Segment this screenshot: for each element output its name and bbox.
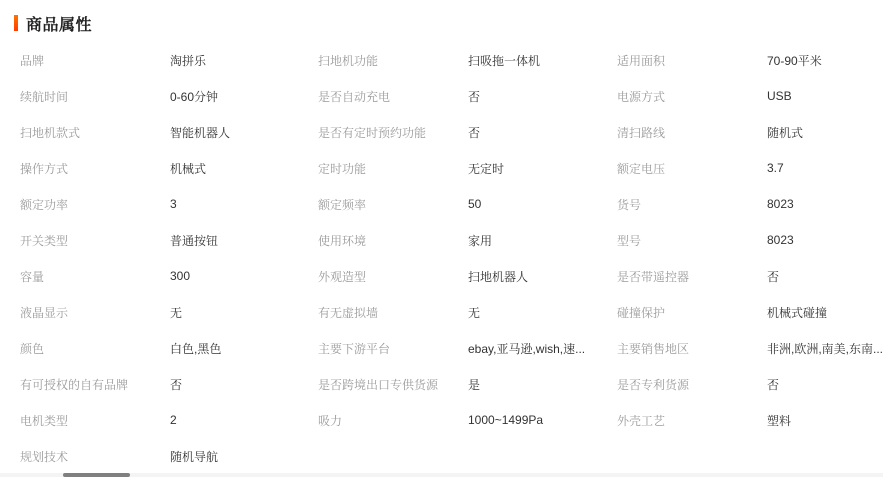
attribute-row: 有无虚拟墙无 [318,294,617,330]
attribute-value: 否 [468,88,486,105]
attribute-label: 主要销售地区 [617,340,767,357]
attribute-row: 是否自动充电否 [318,78,617,114]
attribute-label: 是否专利货源 [617,376,767,393]
attribute-row: 规划技术随机导航 [20,438,318,474]
attribute-value: 扫地机器人 [468,268,534,285]
attribute-label: 电源方式 [617,88,767,105]
attributes-column: 扫地机功能扫吸拖一体机是否自动充电否是否有定时预约功能否定时功能无定时额定频率5… [318,42,617,474]
attribute-row: 碰撞保护机械式碰撞 [617,294,883,330]
attribute-row: 货号8023 [617,186,883,222]
attribute-label: 适用面积 [617,52,767,69]
attribute-value: 300 [170,269,196,283]
attribute-value: 否 [767,268,785,285]
attribute-label: 扫地机功能 [318,52,468,69]
attribute-row: 额定功率3 [20,186,318,222]
attribute-label: 是否自动充电 [318,88,468,105]
attribute-label: 开关类型 [20,232,170,249]
attribute-row: 开关类型普通按钮 [20,222,318,258]
attribute-row: 电机类型2 [20,402,318,438]
attribute-label: 货号 [617,196,767,213]
attribute-value: 2 [170,413,183,427]
attribute-label: 有可授权的自有品牌 [20,376,170,393]
attribute-row: 扫地机功能扫吸拖一体机 [318,42,617,78]
attribute-value: 70-90平米 [767,52,828,69]
attribute-label: 额定电压 [617,160,767,177]
attribute-value: 1000~1499Pa [468,413,549,427]
attribute-row: 续航时间0-60分钟 [20,78,318,114]
attribute-value: 否 [767,376,785,393]
page-title: 商品属性 [26,12,92,35]
attribute-label: 规划技术 [20,448,170,465]
attribute-label: 容量 [20,268,170,285]
attribute-row: 清扫路线随机式 [617,114,883,150]
attributes-table: 品牌淘拼乐续航时间0-60分钟扫地机款式智能机器人操作方式机械式额定功率3开关类… [0,34,883,474]
attribute-label: 外壳工艺 [617,412,767,429]
attribute-label: 型号 [617,232,767,249]
attribute-label: 是否跨境出口专供货源 [318,376,468,393]
attribute-row: 是否有定时预约功能否 [318,114,617,150]
attribute-value: 是 [468,376,486,393]
horizontal-scrollbar-thumb[interactable] [63,473,130,477]
attribute-value: 8023 [767,197,800,211]
attribute-label: 定时功能 [318,160,468,177]
attribute-value: 非洲,欧洲,南美,东南... [767,340,883,357]
attribute-value: 8023 [767,233,800,247]
attribute-row: 电源方式USB [617,78,883,114]
attribute-row: 型号8023 [617,222,883,258]
attribute-label: 电机类型 [20,412,170,429]
attribute-row: 吸力1000~1499Pa [318,402,617,438]
attributes-column: 适用面积70-90平米电源方式USB清扫路线随机式额定电压3.7货号8023型号… [617,42,883,474]
attribute-value: 随机导航 [170,448,224,465]
attribute-row: 操作方式机械式 [20,150,318,186]
attribute-label: 扫地机款式 [20,124,170,141]
section-marker-bar [14,15,18,31]
attribute-label: 颜色 [20,340,170,357]
attribute-label: 额定频率 [318,196,468,213]
attribute-row: 主要销售地区非洲,欧洲,南美,东南... [617,330,883,366]
attribute-label: 额定功率 [20,196,170,213]
attribute-value: 扫吸拖一体机 [468,52,546,69]
attribute-label: 是否有定时预约功能 [318,124,468,141]
attribute-value: 淘拼乐 [170,52,212,69]
attribute-value: 塑料 [767,412,797,429]
attribute-value: 家用 [468,232,498,249]
attribute-value: 3 [170,197,183,211]
attribute-value: 机械式碰撞 [767,304,833,321]
attribute-value: 50 [468,197,487,211]
attribute-row: 有可授权的自有品牌否 [20,366,318,402]
attribute-row: 品牌淘拼乐 [20,42,318,78]
attribute-row: 液晶显示无 [20,294,318,330]
horizontal-scrollbar-track[interactable] [0,473,883,477]
attribute-value: 机械式 [170,160,212,177]
attribute-value: 白色,黑色 [170,340,227,357]
attribute-row: 适用面积70-90平米 [617,42,883,78]
attribute-value: 3.7 [767,161,790,175]
attribute-row: 外壳工艺塑料 [617,402,883,438]
attribute-row: 外观造型扫地机器人 [318,258,617,294]
attribute-label: 品牌 [20,52,170,69]
attribute-value: 智能机器人 [170,124,236,141]
section-header: 商品属性 [0,0,883,34]
attribute-label: 碰撞保护 [617,304,767,321]
attribute-label: 液晶显示 [20,304,170,321]
attribute-row: 扫地机款式智能机器人 [20,114,318,150]
attribute-value: 0-60分钟 [170,88,224,105]
attribute-row: 额定频率50 [318,186,617,222]
attribute-value: 无 [468,304,486,321]
attribute-label: 使用环境 [318,232,468,249]
attribute-label: 吸力 [318,412,468,429]
attribute-row: 是否跨境出口专供货源是 [318,366,617,402]
attribute-label: 有无虚拟墙 [318,304,468,321]
attribute-value: 无 [170,304,188,321]
attribute-label: 续航时间 [20,88,170,105]
attribute-row: 颜色白色,黑色 [20,330,318,366]
attribute-row: 是否专利货源否 [617,366,883,402]
attribute-row: 容量300 [20,258,318,294]
attribute-row: 主要下游平台ebay,亚马逊,wish,速... [318,330,617,366]
attributes-column: 品牌淘拼乐续航时间0-60分钟扫地机款式智能机器人操作方式机械式额定功率3开关类… [20,42,318,474]
attribute-value: 随机式 [767,124,809,141]
attribute-row: 额定电压3.7 [617,150,883,186]
attribute-label: 清扫路线 [617,124,767,141]
attribute-value: 普通按钮 [170,232,224,249]
attribute-label: 操作方式 [20,160,170,177]
attribute-row: 是否带遥控器否 [617,258,883,294]
attribute-value: 无定时 [468,160,510,177]
attribute-value: ebay,亚马逊,wish,速... [468,340,591,357]
attribute-value: 否 [170,376,188,393]
attribute-label: 是否带遥控器 [617,268,767,285]
attribute-row: 使用环境家用 [318,222,617,258]
attribute-label: 外观造型 [318,268,468,285]
attribute-value: 否 [468,124,486,141]
product-attributes-page: 商品属性 品牌淘拼乐续航时间0-60分钟扫地机款式智能机器人操作方式机械式额定功… [0,0,883,477]
attribute-row: 定时功能无定时 [318,150,617,186]
attribute-label: 主要下游平台 [318,340,468,357]
attribute-value: USB [767,89,798,103]
